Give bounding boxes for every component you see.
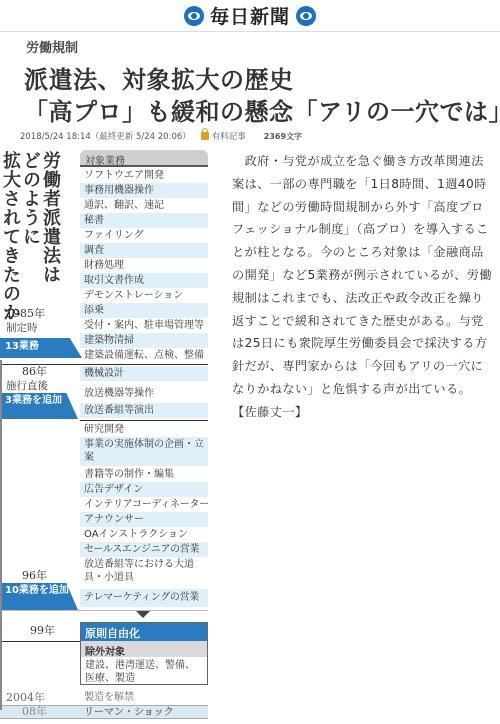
article-byline: 【佐藤丈一】 xyxy=(232,401,494,424)
table-header: 対象業務 xyxy=(80,150,208,167)
period-divider xyxy=(0,610,208,611)
period-badge: 3業務を追加 xyxy=(0,393,78,419)
down-arrow-icon xyxy=(136,611,150,618)
event-year: 2004年 xyxy=(6,692,45,704)
period-label: 施行直後 xyxy=(6,378,48,393)
job-item: アナウンサー xyxy=(80,512,208,527)
job-item: 財務処理 xyxy=(80,258,208,273)
job-item: 取引文書作成 xyxy=(80,273,208,288)
job-item: 受付・案内、駐車場管理等 xyxy=(80,318,208,333)
liberalization-title: 原則自由化 xyxy=(81,623,207,641)
job-item: 事務用機器操作 xyxy=(80,183,208,198)
period-badge: 13業務 xyxy=(0,338,82,358)
period-year: 86年 xyxy=(22,366,47,378)
headline-line-1: 派遣法、対象拡大の歴史 xyxy=(24,60,294,95)
crop-edge-line xyxy=(0,360,2,710)
job-item: 事業の実施体制の企画・立案 xyxy=(80,437,208,466)
article-meta: 2018/5/24 18:14（最終更新 5/24 20:06） 有料記事 23… xyxy=(20,130,302,142)
job-item: デモンストレーション xyxy=(80,288,208,303)
period-label: 制定時 xyxy=(6,320,38,335)
infographic-title-line: どのように xyxy=(20,151,40,246)
period-year: 1985年 xyxy=(6,308,45,320)
article-paragraph: 政府・与党が成立を急ぐ働き方改革関連法案は、一部の専門職を「1日8時間、1週40… xyxy=(232,150,494,401)
infographic-title-line: 労働者派遣法は xyxy=(40,151,60,284)
job-item: OAインストラクション xyxy=(80,527,208,542)
job-item: 書籍等の制作・編集 xyxy=(80,467,208,482)
job-item: 研究開発 xyxy=(80,422,208,437)
mainichi-logo-icon xyxy=(296,6,316,26)
period-divider xyxy=(80,420,208,421)
mainichi-logo-icon xyxy=(184,6,204,26)
masthead-title[interactable]: 毎日新聞 xyxy=(210,2,290,29)
period-badge: 10業務を追加 xyxy=(0,583,78,610)
event-text: リーマン・ショック xyxy=(80,705,208,720)
job-item: 秘書 xyxy=(80,213,208,228)
article-body: 政府・与党が成立を急ぐ働き方改革関連法案は、一部の専門職を「1日8時間、1週40… xyxy=(232,150,494,424)
period-year: 99年 xyxy=(30,625,55,637)
headline-line-2: 「高プロ」も緩和の懸念「アリの一穴では」 xyxy=(24,92,500,127)
lock-icon xyxy=(201,132,209,140)
job-item: 通訳、翻訳、速記 xyxy=(80,198,208,213)
job-item: 放送機器等操作 xyxy=(80,386,208,401)
liberalization-box: 原則自由化 除外対象 建設、港湾運送、警備、医療、製造 xyxy=(80,622,208,685)
job-item: 建築物清掃 xyxy=(80,333,208,348)
event-year: 08年 xyxy=(22,706,47,718)
job-item: 広告デザイン xyxy=(80,482,208,497)
job-item: テレマーケティングの営業 xyxy=(80,589,208,607)
article-category[interactable]: 労働規制 xyxy=(26,37,78,56)
job-item: 建築設備運転、点検、整備 xyxy=(80,348,208,363)
publish-timestamp: 2018/5/24 18:14（最終更新 5/24 20:06） xyxy=(20,130,191,142)
period-year: 96年 xyxy=(22,570,47,582)
exclusion-list: 建設、港湾運送、警備、医療、製造 xyxy=(81,657,207,687)
char-count: 2369文字 xyxy=(264,131,302,142)
job-item: インテリアコーディネーター xyxy=(80,497,208,512)
period-divider xyxy=(0,641,80,642)
infographic-title-line: 拡大されてきたのか xyxy=(0,151,20,322)
infographic: 労働者派遣法は どのように 拡大されてきたのか 対象業務 ソフトウエア開発 事務… xyxy=(0,145,215,724)
masthead: 毎日新聞 xyxy=(0,0,500,32)
job-item: 調査 xyxy=(80,243,208,258)
job-item: 機械設計 xyxy=(80,366,208,381)
job-item: 放送番組等演出 xyxy=(80,403,208,418)
job-item: 添乗 xyxy=(80,303,208,318)
job-item: セールスエンジニアの営業 xyxy=(80,542,208,557)
exclusion-header: 除外対象 xyxy=(81,641,207,657)
event-text: 製造を解禁 xyxy=(80,690,208,705)
job-item: ファイリング xyxy=(80,228,208,243)
paid-article-label: 有料記事 xyxy=(212,130,246,142)
job-item: 放送番組等における大道具・小道具 xyxy=(80,557,208,586)
job-item: ソフトウエア開発 xyxy=(80,168,208,183)
